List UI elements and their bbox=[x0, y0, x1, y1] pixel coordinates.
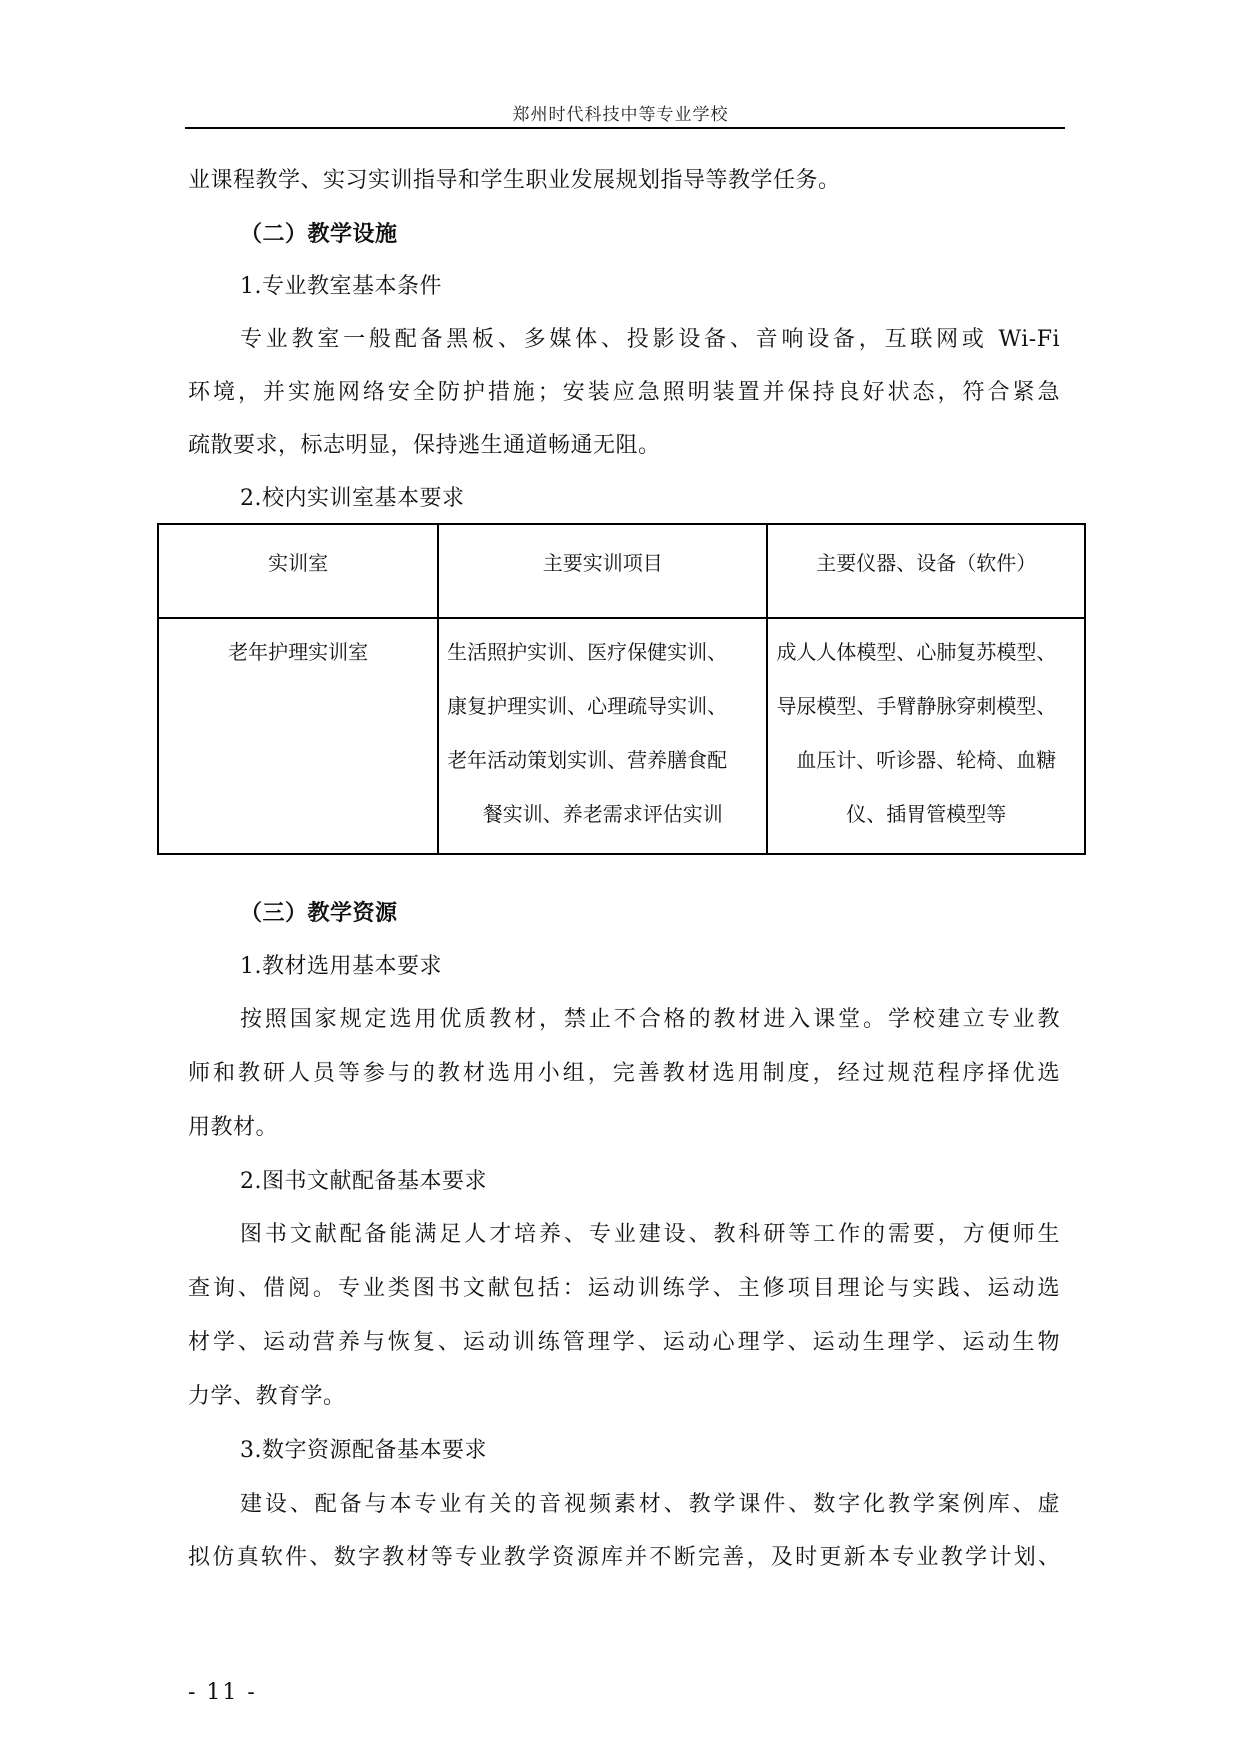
school-name: 郑州时代科技中等专业学校 bbox=[0, 100, 1241, 125]
paragraph-line: 拟仿真软件、数字教材等专业教学资源库并不断完善，及时更新本专业教学计划、 bbox=[188, 1543, 1060, 1573]
table-header-row: 实训室 主要实训项目 主要仪器、设备（软件） bbox=[158, 524, 1085, 618]
column-header-projects: 主要实训项目 bbox=[438, 524, 767, 618]
header-divider bbox=[185, 127, 1065, 129]
projects-line: 老年活动策划实训、营养膳食配 bbox=[447, 745, 758, 799]
equipment-line: 成人人体模型、心肺复苏模型、 bbox=[776, 637, 1076, 691]
column-header-equipment: 主要仪器、设备（软件） bbox=[767, 524, 1085, 618]
cell-room: 老年护理实训室 bbox=[158, 618, 438, 854]
projects-line: 生活照护实训、医疗保健实训、 bbox=[447, 637, 758, 691]
paragraph-line: 环境，并实施网络安全防护措施；安装应急照明装置并保持良好状态，符合紧急 bbox=[188, 378, 1060, 408]
paragraph-continuation: 业课程教学、实习实训指导和学生职业发展规划指导等教学任务。 bbox=[188, 166, 1060, 196]
paragraph-line: 用教材。 bbox=[188, 1113, 1060, 1143]
paragraph-line: 材学、运动营养与恢复、运动训练管理学、运动心理学、运动生理学、运动生物 bbox=[188, 1328, 1060, 1358]
room-name: 老年护理实训室 bbox=[167, 637, 429, 691]
equipment-line: 导尿模型、手臂静脉穿刺模型、 bbox=[776, 691, 1076, 745]
subheading-digital-resources: 3.数字资源配备基本要求 bbox=[240, 1436, 1112, 1466]
page-number: - 11 - bbox=[188, 1680, 257, 1705]
paragraph-line: 疏散要求，标志明显，保持逃生通道畅通无阻。 bbox=[188, 431, 1060, 461]
paragraph-line: 师和教研人员等参与的教材选用小组，完善教材选用制度，经过规范程序择优选 bbox=[188, 1059, 1060, 1089]
paragraph-line: 图书文献配备能满足人才培养、专业建设、教科研等工作的需要，方便师生 bbox=[240, 1220, 1060, 1250]
column-header-room: 实训室 bbox=[158, 524, 438, 618]
subheading-library: 2.图书文献配备基本要求 bbox=[240, 1167, 1112, 1197]
cell-projects: 生活照护实训、医疗保健实训、 康复护理实训、心理疏导实训、 老年活动策划实训、营… bbox=[438, 618, 767, 854]
subheading-textbooks: 1.教材选用基本要求 bbox=[240, 952, 1112, 982]
paragraph-line: 力学、教育学。 bbox=[188, 1382, 1060, 1412]
equipment-line: 仪、插胃管模型等 bbox=[776, 799, 1076, 853]
paragraph-line: 建设、配备与本专业有关的音视频素材、教学课件、数字化教学案例库、虚 bbox=[240, 1490, 1060, 1520]
projects-line: 餐实训、养老需求评估实训 bbox=[447, 799, 758, 853]
paragraph-line: 专业教室一般配备黑板、多媒体、投影设备、音响设备，互联网或 Wi-Fi bbox=[240, 325, 1060, 355]
training-room-table: 实训室 主要实训项目 主要仪器、设备（软件） 老年护理实训室 生活照护实训、医疗… bbox=[157, 523, 1086, 855]
paragraph-line: 按照国家规定选用优质教材，禁止不合格的教材进入课堂。学校建立专业教 bbox=[240, 1005, 1060, 1035]
cell-equipment: 成人人体模型、心肺复苏模型、 导尿模型、手臂静脉穿刺模型、 血压计、听诊器、轮椅… bbox=[767, 618, 1085, 854]
subheading-classroom: 1.专业教室基本条件 bbox=[240, 272, 1112, 302]
section-heading-resources: （三）教学资源 bbox=[240, 898, 1112, 928]
table-row: 老年护理实训室 生活照护实训、医疗保健实训、 康复护理实训、心理疏导实训、 老年… bbox=[158, 618, 1085, 854]
paragraph-line: 查询、借阅。专业类图书文献包括：运动训练学、主修项目理论与实践、运动选 bbox=[188, 1274, 1060, 1304]
equipment-line: 血压计、听诊器、轮椅、血糖 bbox=[776, 745, 1076, 799]
subheading-training-room: 2.校内实训室基本要求 bbox=[240, 484, 1112, 514]
projects-line: 康复护理实训、心理疏导实训、 bbox=[447, 691, 758, 745]
section-heading-facilities: （二）教学设施 bbox=[240, 219, 1112, 249]
